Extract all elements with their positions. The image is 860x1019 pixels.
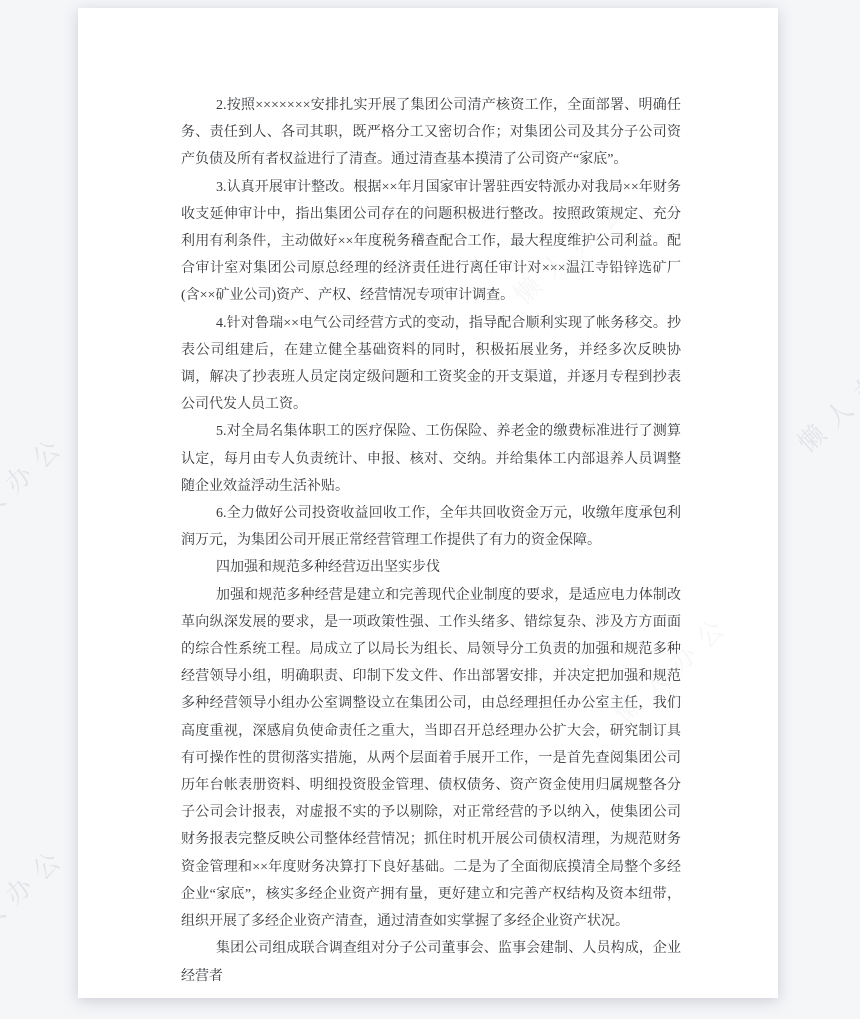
document-body: 2.按照×××××××安排扎实开展了集团公司清产核资工作，全面部署、明确任务、责…: [181, 92, 681, 990]
paragraph-last-truncated: 集团公司组成联合调查组对分子公司董事会、监事会建制、人员构成，企业经营者: [181, 935, 681, 989]
watermark-text: 懒人办公: [0, 835, 75, 962]
paragraph-item-5: 5.对全局名集体职工的医疗保险、工伤保险、养老金的缴费标准进行了测算认定，每月由…: [181, 418, 681, 500]
paragraph-item-6: 6.全力做好公司投资收益回收工作，全年共回收资金万元，收缴年度承包利润万元，为集…: [181, 500, 681, 554]
paragraph-item-3: 3.认真开展审计整改。根据××年月国家审计署驻西安特派办对我局××年财务收支延伸…: [181, 174, 681, 310]
paragraph-item-4: 4.针对鲁瑞××电气公司经营方式的变动，指导配合顺利实现了帐务移交。抄表公司组建…: [181, 310, 681, 419]
screenshot-background: 懒人办公 懒人办公 懒人办公 懒人办公 懒人办公 2.按照×××××××安排扎实…: [0, 0, 860, 1019]
paragraph-item-2: 2.按照×××××××安排扎实开展了集团公司清产核资工作，全面部署、明确任务、责…: [181, 92, 681, 174]
watermark-text: 懒人办公: [0, 423, 75, 550]
watermark-text: 懒人办公: [789, 333, 860, 460]
paragraph-section-body: 加强和规范多种经营是建立和完善现代企业制度的要求，是适应电力体制改革向纵深发展的…: [181, 582, 681, 936]
section-heading: 四加强和规范多种经营迈出坚实步伐: [181, 554, 681, 581]
document-page: 懒人办公 懒人办公 2.按照×××××××安排扎实开展了集团公司清产核资工作，全…: [78, 8, 778, 998]
